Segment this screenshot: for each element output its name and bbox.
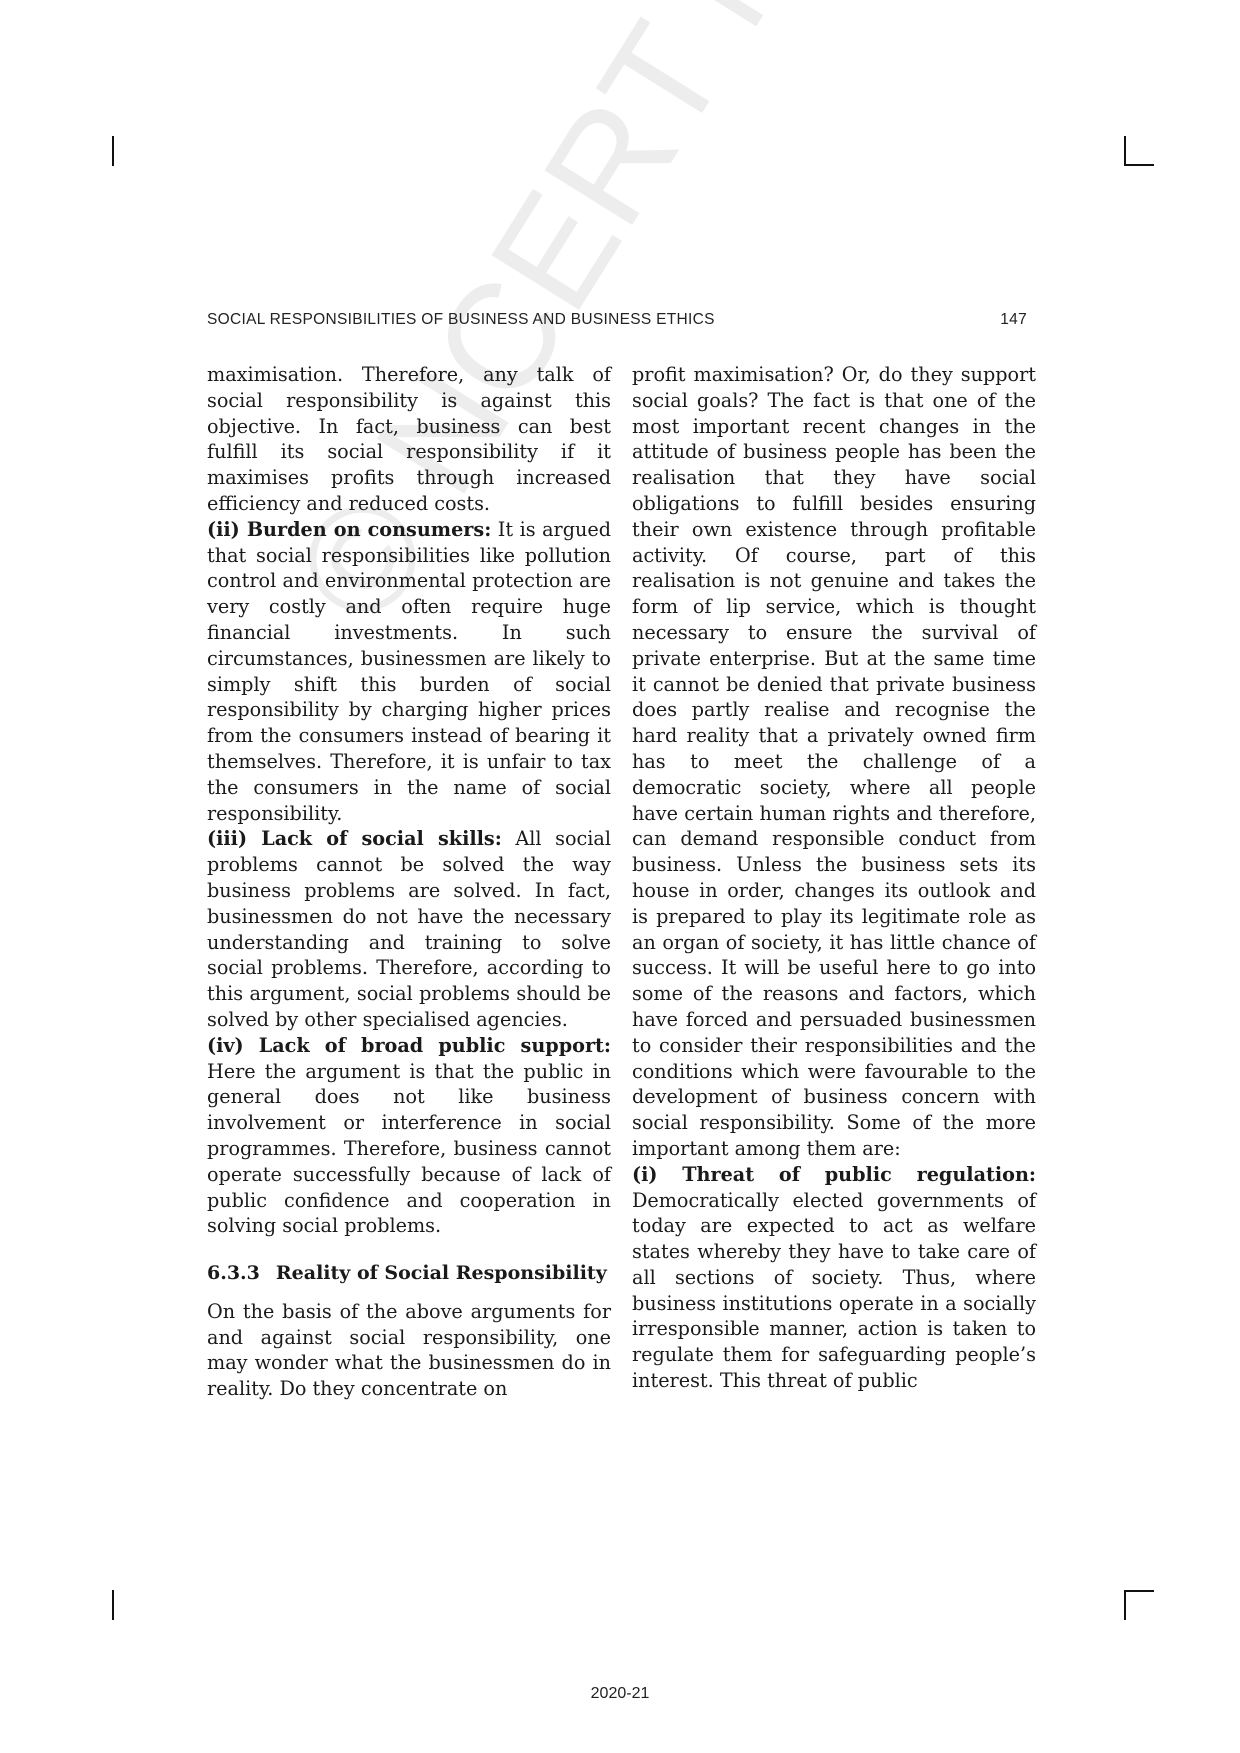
crop-mark-top-right-vertical	[1124, 136, 1126, 166]
section-paragraph: On the basis of the above arguments for …	[207, 1299, 611, 1402]
crop-mark-top-right-horizontal	[1124, 164, 1154, 166]
section-number: 6.3.3	[207, 1262, 260, 1284]
point-label: (ii) Burden on consumers:	[207, 518, 491, 541]
point-text: It is argued that social responsibilitie…	[207, 518, 611, 825]
running-header: SOCIAL RESPONSIBILITIES OF BUSINESS AND …	[207, 311, 1027, 329]
point-label: (iv) Lack of broad public support:	[207, 1034, 611, 1057]
point-burden-on-consumers: (ii) Burden on consumers: It is argued t…	[207, 517, 611, 827]
running-title: SOCIAL RESPONSIBILITIES OF BUSINESS AND …	[207, 311, 715, 328]
footer-year: 2020-21	[0, 1685, 1240, 1703]
point-text: All social problems cannot be solved the…	[207, 827, 611, 1031]
crop-mark-bottom-right-horizontal	[1124, 1590, 1154, 1592]
point-text: Here the argument is that the public in …	[207, 1060, 611, 1238]
right-paragraph: profit maximisation? Or, do they support…	[632, 362, 1036, 1162]
point-lack-of-public-support: (iv) Lack of broad public support: Here …	[207, 1033, 611, 1239]
point-label: (i) Threat of public regulation:	[632, 1163, 1036, 1186]
left-column: maximisation. Therefore, any talk of soc…	[207, 362, 611, 1402]
section-title: Reality of Social Responsibility	[276, 1262, 607, 1284]
point-threat-of-public-regulation: (i) Threat of public regulation: Democra…	[632, 1162, 1036, 1394]
point-label: (iii) Lack of social skills:	[207, 827, 502, 850]
right-column: profit maximisation? Or, do they support…	[632, 362, 1036, 1394]
point-text: Democratically elected governments of to…	[632, 1189, 1036, 1393]
crop-mark-top-left	[112, 136, 114, 166]
crop-mark-bottom-left	[112, 1590, 114, 1620]
section-heading: 6.3.3Reality of Social Responsibility	[207, 1261, 611, 1287]
point-lack-of-social-skills: (iii) Lack of social skills: All social …	[207, 826, 611, 1032]
crop-mark-bottom-right-vertical	[1124, 1590, 1126, 1620]
intro-paragraph: maximisation. Therefore, any talk of soc…	[207, 362, 611, 517]
page-number: 147	[1000, 311, 1027, 329]
